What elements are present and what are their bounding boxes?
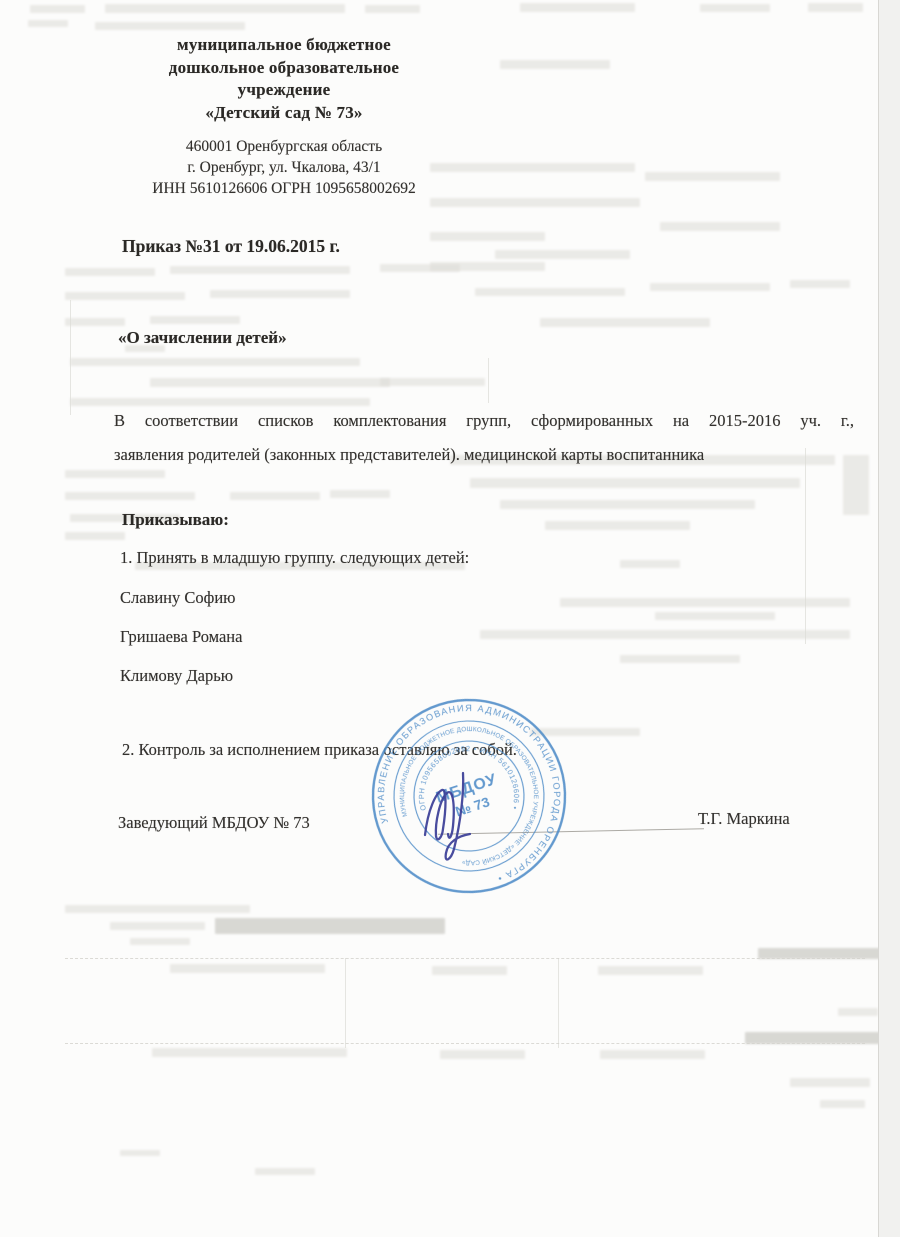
address-line: г. Оренбург, ул. Чкалова, 43/1 — [74, 157, 494, 178]
bleed-through-artifact — [65, 532, 125, 540]
bleed-through-artifact — [440, 1050, 525, 1059]
address-line: 460001 Оренбургская область — [74, 136, 494, 157]
bleed-through-artifact — [600, 1050, 705, 1059]
bleed-through-artifact — [65, 292, 185, 300]
bleed-through-artifact — [150, 378, 390, 387]
bleed-through-artifact — [520, 3, 635, 12]
child-name: Гришаева Романа — [120, 627, 242, 666]
address-line: ИНН 5610126606 ОГРН 1095658002692 — [74, 178, 494, 199]
bleed-through-artifact — [655, 612, 775, 620]
bleed-through-artifact — [65, 268, 155, 276]
bleed-through-artifact — [345, 958, 346, 1048]
signer-position-title: Заведующий МБДОУ № 73 — [118, 813, 310, 833]
bleed-through-artifact — [170, 266, 350, 274]
bleed-through-artifact — [170, 964, 325, 973]
letterhead-org-name: муниципальное бюджетное дошкольное образ… — [98, 34, 470, 124]
bleed-through-artifact — [230, 492, 320, 500]
bleed-through-artifact — [70, 300, 71, 415]
bleed-through-artifact — [820, 1100, 865, 1108]
bleed-through-artifact — [540, 318, 710, 327]
bleed-through-artifact — [470, 478, 800, 488]
order-point-1: 1. Принять в младшую группу. следующих д… — [120, 548, 469, 568]
order-subject: «О зачислении детей» — [118, 328, 287, 348]
bleed-through-artifact — [500, 500, 755, 509]
bleed-through-artifact — [65, 958, 865, 959]
bleed-through-artifact — [500, 60, 610, 69]
bleed-through-artifact — [65, 905, 250, 913]
signature-stroke — [446, 773, 470, 860]
bleed-through-artifact — [65, 318, 125, 326]
org-line: учреждение — [98, 79, 470, 102]
bleed-through-artifact — [808, 3, 863, 12]
bleed-through-artifact — [480, 630, 850, 639]
signature-stroke — [425, 790, 454, 839]
handwritten-signature — [366, 693, 572, 899]
scanned-document-page: муниципальное бюджетное дошкольное образ… — [0, 0, 900, 1237]
bleed-through-artifact — [545, 521, 690, 530]
child-name: Славину Софию — [120, 588, 242, 627]
scan-edge-shadow — [878, 0, 900, 1237]
bleed-through-artifact — [805, 448, 806, 644]
bleed-through-artifact — [380, 264, 460, 272]
bleed-through-artifact — [430, 232, 545, 241]
order-preamble: В соответствии списков комплектования гр… — [114, 404, 854, 472]
bleed-through-artifact — [380, 378, 485, 386]
bleed-through-artifact — [838, 1008, 878, 1016]
bleed-through-artifact — [650, 283, 770, 291]
bleed-through-artifact — [660, 222, 780, 231]
bleed-through-artifact — [152, 1048, 347, 1057]
bleed-through-artifact — [210, 290, 350, 298]
letterhead-address: 460001 Оренбургская область г. Оренбург,… — [74, 136, 494, 199]
order-title: Приказ №31 от 19.06.2015 г. — [122, 236, 340, 257]
bleed-through-artifact — [620, 560, 680, 568]
preamble-line: заявления родителей (законных представит… — [114, 438, 854, 472]
bleed-through-artifact — [430, 198, 640, 207]
signer-name: Т.Г. Маркина — [698, 809, 790, 829]
bleed-through-artifact — [790, 280, 850, 288]
bleed-through-artifact — [645, 172, 780, 181]
bleed-through-artifact — [110, 922, 205, 930]
bleed-through-artifact — [130, 938, 190, 945]
children-list: Славину Софию Гришаева Романа Климову Да… — [120, 588, 242, 705]
bleed-through-artifact — [558, 958, 559, 1048]
bleed-through-artifact — [598, 966, 703, 975]
bleed-through-artifact — [28, 20, 68, 27]
bleed-through-artifact — [255, 1168, 315, 1175]
org-line: дошкольное образовательное — [98, 57, 470, 80]
bleed-through-artifact — [475, 288, 625, 296]
bleed-through-artifact — [65, 492, 195, 500]
decree-label: Приказываю: — [122, 510, 229, 530]
bleed-through-artifact — [330, 490, 390, 498]
bleed-through-artifact — [620, 655, 740, 663]
bleed-through-artifact — [105, 4, 345, 13]
official-round-stamp: УПРАВЛЕНИЕ ОБРАЗОВАНИЯ АДМИНИСТРАЦИИ ГОР… — [366, 693, 572, 899]
bleed-through-artifact — [365, 5, 420, 13]
bleed-through-artifact — [65, 1043, 865, 1044]
bleed-through-artifact — [30, 5, 85, 13]
bleed-through-artifact — [495, 250, 630, 259]
bleed-through-artifact — [700, 4, 770, 12]
bleed-through-artifact — [790, 1078, 870, 1087]
bleed-through-artifact — [70, 358, 360, 366]
bleed-through-artifact — [95, 22, 245, 30]
bleed-through-artifact — [150, 316, 240, 324]
preamble-line: В соответствии списков комплектования гр… — [114, 404, 854, 438]
child-name: Климову Дарью — [120, 666, 242, 705]
bleed-through-artifact — [560, 598, 850, 607]
org-line: «Детский сад № 73» — [98, 102, 470, 125]
bleed-through-artifact — [120, 1150, 160, 1156]
org-line: муниципальное бюджетное — [98, 34, 470, 57]
bleed-through-artifact — [432, 966, 507, 975]
bleed-through-artifact — [488, 358, 489, 403]
